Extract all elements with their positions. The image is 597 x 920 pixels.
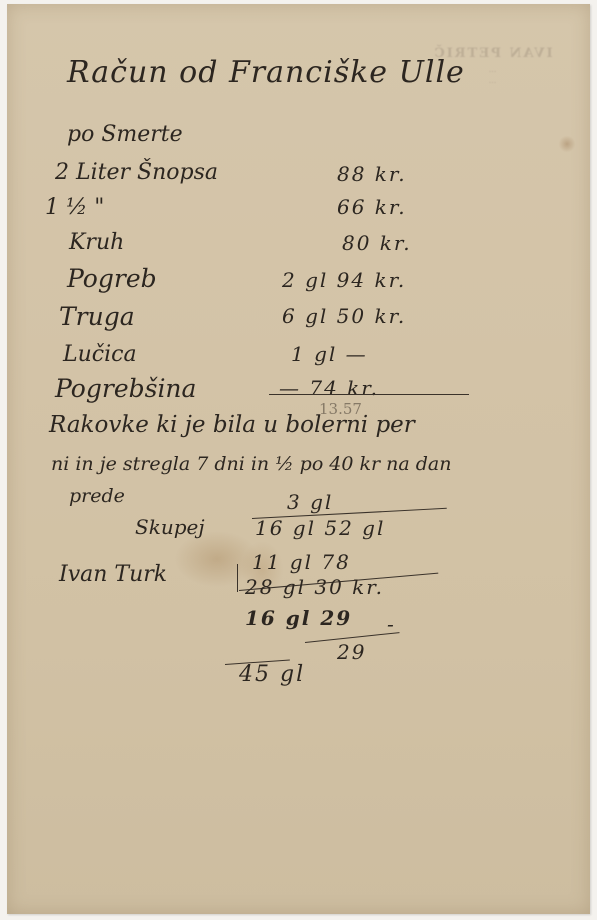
item-label: Truga xyxy=(59,304,135,329)
calc-line-29: 29 xyxy=(337,642,366,662)
skupej-value: 16 gl 52 gl xyxy=(255,518,385,538)
item-label: 1 ½ " xyxy=(45,197,104,219)
item-label: Lučica xyxy=(63,344,137,366)
document-subtitle: po Smerte xyxy=(67,124,183,146)
subtotal-underline xyxy=(269,394,469,395)
note-line-2: ni in je stregla 7 dni in ½ po 40 kr na … xyxy=(51,455,451,474)
calc-line-11: 11 gl 78 xyxy=(252,552,351,572)
item-amount: 80 kr. xyxy=(342,233,412,253)
item-amount: 6 gl 50 kr. xyxy=(282,306,406,326)
item-amount: 88 kr. xyxy=(337,164,407,184)
item-amount: — 74 kr. xyxy=(279,378,379,398)
item-amount: 66 kr. xyxy=(337,197,407,217)
item-label: Pogrebšina xyxy=(55,376,196,401)
item-amount: 2 gl 94 kr. xyxy=(282,270,406,290)
note-line-3: prede xyxy=(69,487,125,506)
item-label: Kruh xyxy=(69,232,124,254)
calc-total: 45 gl xyxy=(239,664,305,686)
calc-dash: - xyxy=(387,614,396,634)
handwritten-document-page: IVAN PETRIČ ... ... Račun od Franciške U… xyxy=(7,4,590,914)
calc-line-16: 16 gl 29 xyxy=(245,608,352,628)
signature: Ivan Turk xyxy=(59,564,167,586)
calc-3gl: 3 gl xyxy=(287,492,333,512)
note-line-1: Rakovke ki je bila u bolerni per xyxy=(49,414,415,437)
item-label: 2 Liter Šnopsa xyxy=(55,162,218,184)
calc-bracket xyxy=(237,564,238,592)
document-title: Račun od Franciške Ulle xyxy=(67,58,465,88)
item-label: Pogreb xyxy=(67,266,157,291)
item-amount: 1 gl — xyxy=(291,344,368,364)
skupej-label: Skupej xyxy=(135,517,205,537)
calc-line-28: 28 gl 30 kr. xyxy=(245,577,384,597)
